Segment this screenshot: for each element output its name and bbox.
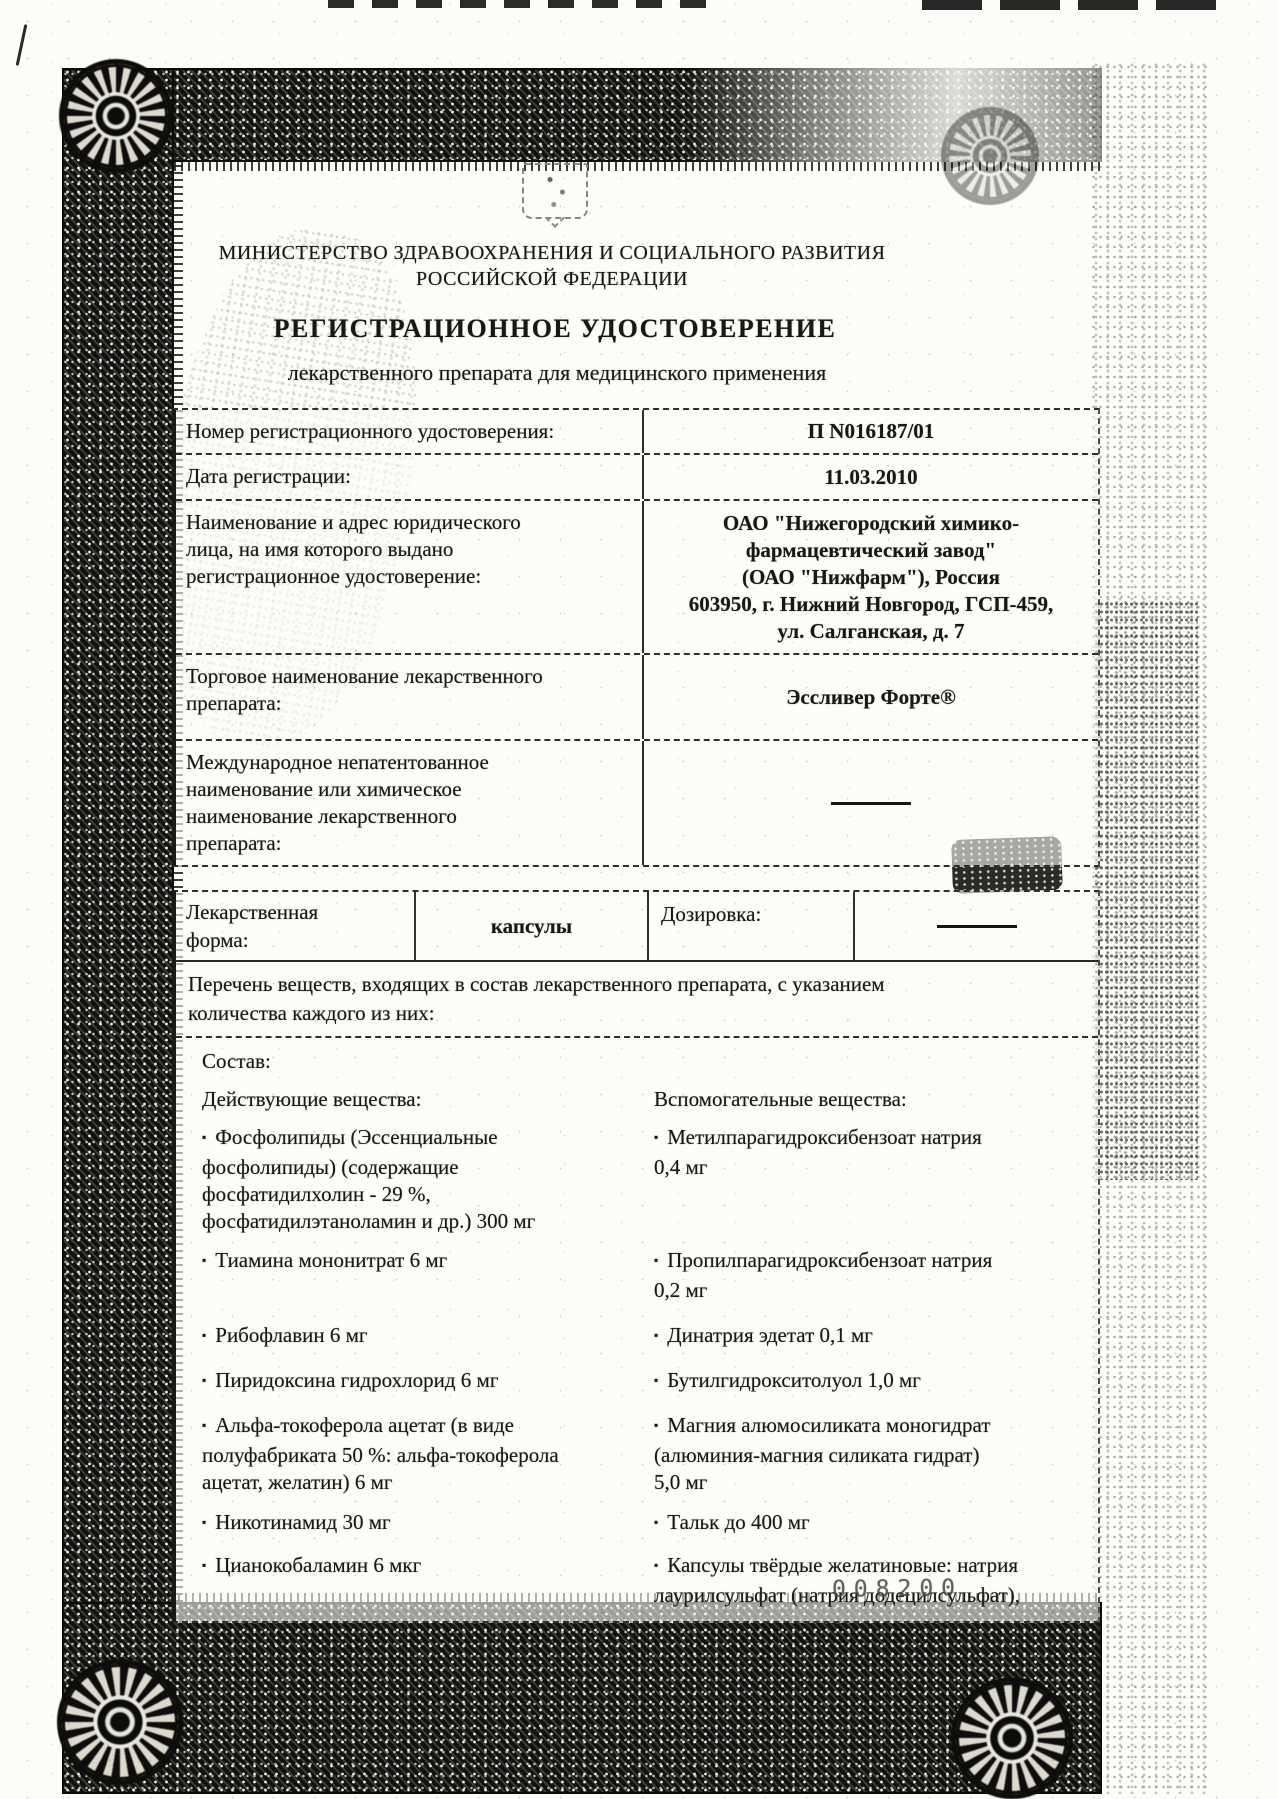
ministry-line-1: МИНИСТЕРСТВО ЗДРАВООХРАНЕНИЯ И СОЦИАЛЬНО… xyxy=(180,240,924,266)
trade-name-value: Эссливер Форте® xyxy=(644,655,1098,739)
empty-value-dash xyxy=(937,925,1017,928)
bullet-icon xyxy=(654,1510,667,1534)
table-row: Международное непатентованное наименован… xyxy=(176,741,1098,865)
bullet-icon xyxy=(654,1248,667,1272)
dosage-label: Дозировка: xyxy=(649,892,855,960)
corner-rosette-top-left xyxy=(64,64,168,168)
form-label: Лекарственная форма: xyxy=(176,892,416,960)
empty-value-dash xyxy=(831,802,911,805)
bullet-icon xyxy=(654,1413,667,1437)
excipient-item: Динатрия эдетат 0,1 мг xyxy=(654,1322,1084,1352)
table-row: Торговое наименование лекарственного пре… xyxy=(176,655,1098,741)
trade-name-label: Торговое наименование лекарственного пре… xyxy=(176,655,644,739)
table-row: Дата регистрации: 11.03.2010 xyxy=(176,455,1098,501)
composition-title: Состав: xyxy=(202,1048,1084,1075)
bullet-icon xyxy=(202,1323,215,1347)
composition-headers: Действующие вещества: Вспомогательные ве… xyxy=(202,1087,1084,1112)
composition-note: Перечень веществ, входящих в состав лека… xyxy=(176,962,1098,1038)
bullet-icon xyxy=(202,1413,215,1437)
fax-noise-line xyxy=(922,0,1217,10)
active-substance-item: Фосфолипиды (Эссенциальные фосфолипиды) … xyxy=(202,1124,582,1235)
bullet-icon xyxy=(202,1553,215,1577)
table-row: Наименование и адрес юридического лица, … xyxy=(176,501,1098,655)
active-substance-item: Никотинамид 30 мг xyxy=(202,1509,582,1539)
ornate-border-bottom xyxy=(62,1602,1102,1794)
excipient-item: Магния алюмосиликата моногидрат (алюмини… xyxy=(654,1412,1084,1496)
ministry-name: МИНИСТЕРСТВО ЗДРАВООХРАНЕНИЯ И СОЦИАЛЬНО… xyxy=(180,240,924,292)
corner-rosette-bottom-right xyxy=(956,1682,1068,1794)
reg-date-label: Дата регистрации: xyxy=(176,455,644,499)
inn-label: Международное непатентованное наименован… xyxy=(176,741,644,865)
dosage-form-table: Лекарственная форма: капсулы Дозировка: … xyxy=(172,890,1100,1623)
certificate-scan-page: МИНИСТЕРСТВО ЗДРАВООХРАНЕНИЯ И СОЦИАЛЬНО… xyxy=(0,0,1278,1799)
ornate-border-left xyxy=(62,68,174,1794)
corner-rosette-top-right xyxy=(946,112,1034,200)
active-substance-item: Альфа-токоферола ацетат (в виде полуфабр… xyxy=(202,1412,582,1496)
bullet-icon xyxy=(654,1553,667,1577)
bullet-icon xyxy=(654,1125,667,1149)
active-substances-header: Действующие вещества: xyxy=(202,1087,582,1112)
holder-label: Наименование и адрес юридического лица, … xyxy=(176,501,644,653)
form-dosage-row: Лекарственная форма: капсулы Дозировка: xyxy=(176,892,1098,962)
active-substance-item: Тиамина мононитрат 6 мг xyxy=(202,1247,582,1277)
bullet-icon xyxy=(654,1368,667,1392)
excipient-item: Пропилпарагидроксибензоат натрия 0,2 мг xyxy=(654,1247,1084,1304)
active-substance-item: Рибофлавин 6 мг xyxy=(202,1322,582,1352)
registration-table: Номер регистрационного удостоверения: П … xyxy=(172,408,1100,867)
composition-pair: Рибофлавин 6 мг Динатрия эдетат 0,1 мг xyxy=(202,1322,1084,1352)
coat-of-arms-icon xyxy=(522,163,588,219)
certificate-title: РЕГИСТРАЦИОННОЕ УДОСТОВЕРЕНИЕ xyxy=(180,314,930,344)
inn-value xyxy=(644,741,1098,865)
dosage-value xyxy=(855,892,1098,960)
form-value: капсулы xyxy=(416,892,649,960)
bullet-icon xyxy=(202,1368,215,1392)
fax-noise-line xyxy=(328,0,723,8)
certificate-subtitle: лекарственного препарата для медицинског… xyxy=(180,360,934,386)
composition-section: Состав: Действующие вещества: Вспомогате… xyxy=(176,1038,1098,1621)
active-substance-item: Цианокобаламин 6 мкг xyxy=(202,1552,582,1582)
excipient-item: Метилпарагидроксибензоат натрия 0,4 мг xyxy=(654,1124,1084,1181)
active-substance-item: Пиридоксина гидрохлорид 6 мг xyxy=(202,1367,582,1397)
scan-noise-patch xyxy=(1094,600,1198,1180)
composition-pair: Альфа-токоферола ацетат (в виде полуфабр… xyxy=(202,1412,1084,1496)
serial-number-stamp: 008200 xyxy=(832,1575,963,1602)
holder-value: ОАО "Нижегородский химико- фармацевтичес… xyxy=(644,501,1098,653)
composition-pair: Никотинамид 30 мг Тальк до 400 мг xyxy=(202,1509,1084,1539)
bullet-icon xyxy=(202,1510,215,1534)
composition-pair: Тиамина мононитрат 6 мг Пропилпарагидрок… xyxy=(202,1247,1084,1304)
composition-pair: Фосфолипиды (Эссенциальные фосфолипиды) … xyxy=(202,1124,1084,1235)
excipient-item: Тальк до 400 мг xyxy=(654,1509,1084,1539)
reg-number-value: П N016187/01 xyxy=(644,410,1098,453)
ministry-line-2: РОССИЙСКОЙ ФЕДЕРАЦИИ xyxy=(180,266,924,292)
bullet-icon xyxy=(202,1248,215,1272)
excipient-item: Бутилгидрокситолуол 1,0 мг xyxy=(654,1367,1084,1397)
bullet-icon xyxy=(202,1125,215,1149)
excipients-header: Вспомогательные вещества: xyxy=(654,1087,1084,1112)
corner-rosette-bottom-left xyxy=(62,1664,178,1780)
reg-number-label: Номер регистрационного удостоверения: xyxy=(176,410,644,453)
composition-pair: Пиридоксина гидрохлорид 6 мг Бутилгидрок… xyxy=(202,1367,1084,1397)
reg-date-value: 11.03.2010 xyxy=(644,455,1098,499)
bullet-icon xyxy=(654,1323,667,1347)
table-row: Номер регистрационного удостоверения: П … xyxy=(176,410,1098,455)
pen-mark xyxy=(16,24,28,66)
